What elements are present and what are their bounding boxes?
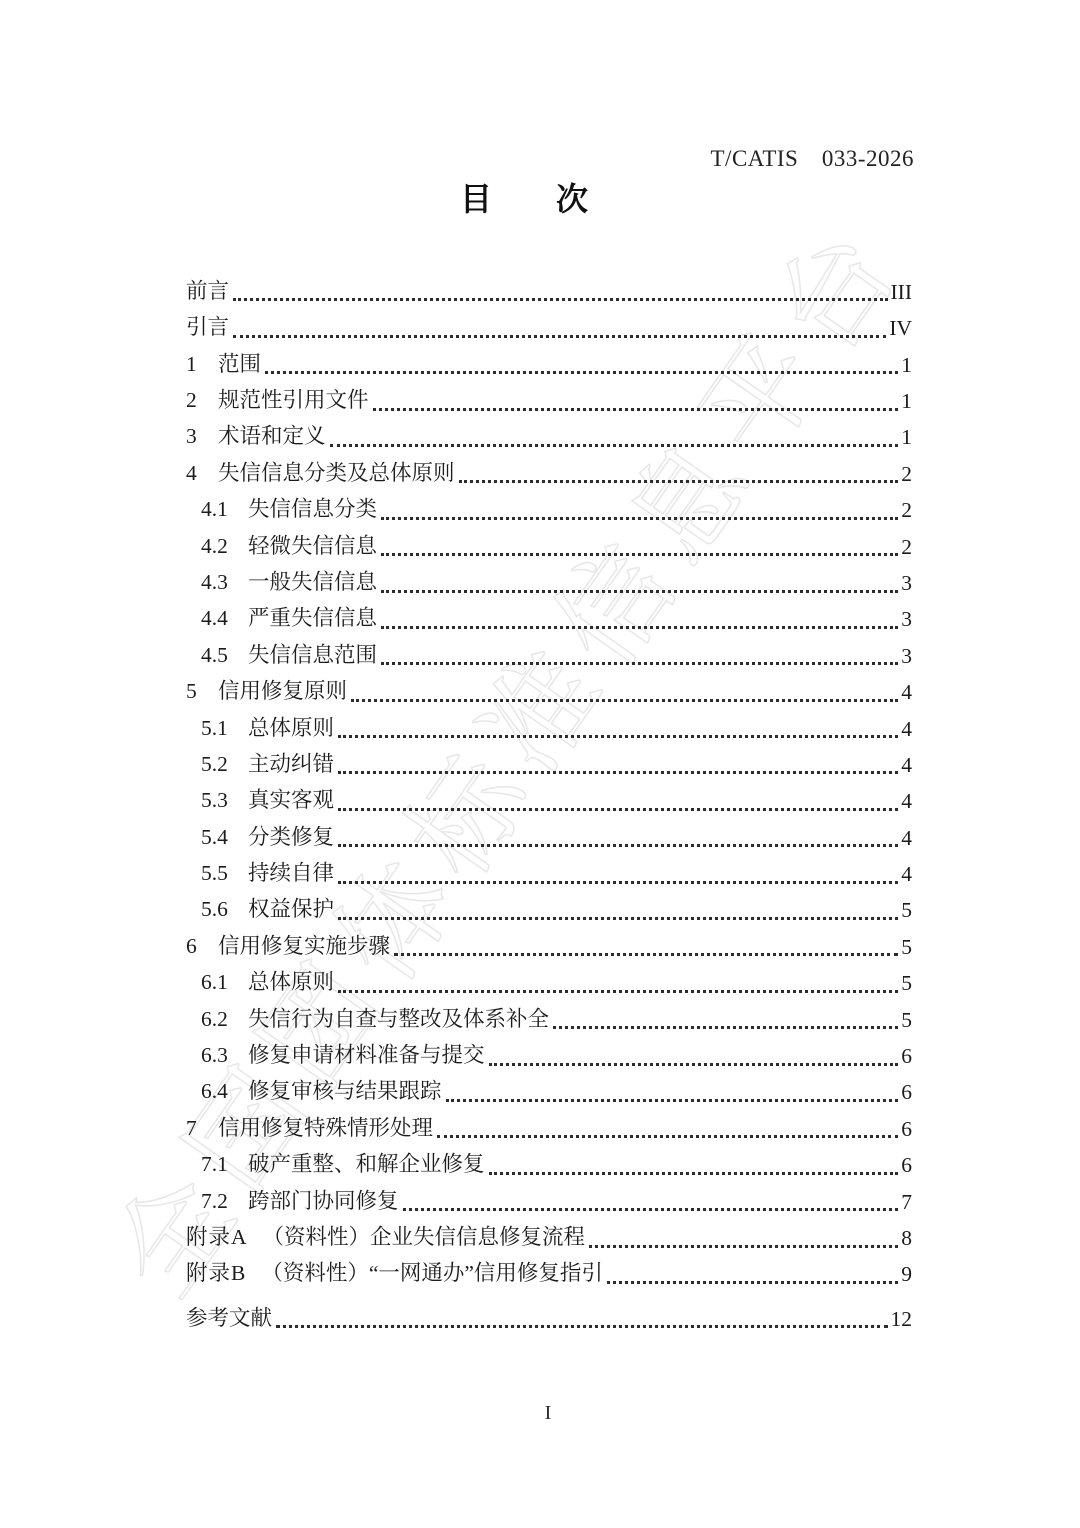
toc-row-number: 6.2 [201, 1008, 248, 1031]
toc-row: 前言III [186, 271, 912, 307]
toc-row: 2规范性引用文件1 [186, 380, 912, 416]
toc-row: 7.1破产重整、和解企业修复6 [186, 1144, 912, 1180]
toc-dot-leader [338, 881, 898, 884]
toc-row-label: 总体原则 [248, 971, 334, 994]
toc-dot-leader [338, 771, 898, 774]
toc-page-number: 9 [900, 1263, 912, 1286]
toc-row-number: 4.1 [201, 498, 248, 521]
toc-dot-leader [330, 444, 899, 447]
toc-row-number: 5.1 [201, 717, 248, 740]
toc-row-label: 参考文献 [186, 1307, 272, 1330]
toc-dot-leader [607, 1281, 898, 1284]
toc-page-number: 4 [900, 718, 912, 741]
toc-page-number: 4 [900, 827, 912, 850]
toc-row: 1范围1 [186, 344, 912, 380]
toc-dot-leader [338, 735, 898, 738]
toc-page-number: 6 [900, 1045, 912, 1068]
toc-row-label: 轻微失信信息 [248, 535, 377, 558]
toc-row: 6信用修复实施步骤5 [186, 926, 912, 962]
toc-row-number: 7.2 [201, 1190, 248, 1213]
toc-row-number: 4 [186, 462, 218, 485]
toc-row-number: 6.1 [201, 971, 248, 994]
toc-dot-leader [459, 480, 899, 483]
toc-page-number: 4 [900, 754, 912, 777]
toc-page-number: 3 [900, 645, 912, 668]
toc-row: 5.3真实客观4 [186, 780, 912, 816]
toc-row-number: 5.5 [201, 862, 248, 885]
toc-row-number: 6.4 [201, 1080, 248, 1103]
toc-row-number: 4.5 [201, 644, 248, 667]
table-of-contents: 前言III引言IV1范围12规范性引用文件13术语和定义14失信信息分类及总体原… [186, 271, 912, 1334]
toc-dot-leader [233, 298, 888, 301]
toc-row: 引言IV [186, 307, 912, 343]
toc-dot-leader [338, 808, 898, 811]
toc-page-number: 5 [900, 899, 912, 922]
toc-page-number: 6 [900, 1154, 912, 1177]
toc-row-number: 1 [186, 353, 218, 376]
toc-row-number: 6 [186, 935, 218, 958]
toc-row: 4.4严重失信信息3 [186, 599, 912, 635]
toc-row: 5.2主动纠错4 [186, 744, 912, 780]
toc-dot-leader [265, 371, 898, 374]
toc-dot-leader [381, 590, 898, 593]
toc-dot-leader [403, 1208, 899, 1211]
toc-row-label: 主动纠错 [248, 753, 334, 776]
toc-row: 5.6权益保护5 [186, 890, 912, 926]
toc-row: 6.2失信行为自查与整改及体系补全5 [186, 999, 912, 1035]
toc-row-label: 失信行为自查与整改及体系补全 [248, 1008, 549, 1031]
toc-row: 5.4分类修复4 [186, 817, 912, 853]
toc-row-number: 5.6 [201, 898, 248, 921]
toc-row-number: 附录B [186, 1262, 246, 1285]
toc-dot-leader [489, 1172, 899, 1175]
toc-page-number: 6 [900, 1081, 912, 1104]
toc-dot-leader [553, 1026, 898, 1029]
toc-row: 4.3一般失信信息3 [186, 562, 912, 598]
toc-row: 5.1总体原则4 [186, 708, 912, 744]
toc-page-number: IV [888, 317, 912, 340]
toc-page-number: 5 [900, 1009, 912, 1032]
toc-row-number: 5.4 [201, 826, 248, 849]
toc-row-label: 权益保护 [248, 898, 334, 921]
standard-number: T/CATIS 033-2026 [711, 140, 915, 173]
toc-dot-leader [394, 953, 898, 956]
toc-dot-leader [276, 1325, 887, 1328]
toc-dot-leader [338, 990, 898, 993]
toc-row-label: 信用修复原则 [218, 680, 347, 703]
toc-row: 4.2轻微失信信息2 [186, 526, 912, 562]
toc-dot-leader [351, 699, 898, 702]
toc-row: 7.2跨部门协同修复7 [186, 1181, 912, 1217]
toc-row: 附录A（资料性）企业失信信息修复流程8 [186, 1217, 912, 1253]
toc-row-number: 3 [186, 425, 218, 448]
toc-row: 附录B（资料性）“一网通办”信用修复指引9 [186, 1254, 912, 1290]
toc-dot-leader [446, 1099, 899, 1102]
toc-dot-leader [381, 553, 898, 556]
toc-page-number: 2 [900, 463, 912, 486]
footer-page-number: I [8, 1402, 1080, 1425]
toc-page-number: 2 [900, 536, 912, 559]
toc-page-number: 2 [900, 499, 912, 522]
toc-row-number: 7.1 [201, 1153, 248, 1176]
toc-row-label: 分类修复 [248, 826, 334, 849]
toc-row: 5.5持续自律4 [186, 853, 912, 889]
toc-row-label: 前言 [186, 280, 229, 303]
toc-dot-leader [338, 917, 898, 920]
toc-row-label: 引言 [186, 316, 229, 339]
toc-dot-leader [233, 335, 886, 338]
toc-page-number: 3 [900, 572, 912, 595]
toc-row: 参考文献12 [186, 1298, 912, 1334]
toc-page-number: 8 [900, 1227, 912, 1250]
toc-row-number: 4.4 [201, 607, 248, 630]
document-page: 全国团体标准信息平台 T/CATIS 033-2026 目 次 前言III引言I… [0, 0, 1080, 1528]
toc-row-number: 4.3 [201, 571, 248, 594]
toc-row-number: 6.3 [201, 1044, 248, 1067]
toc-page-number: 5 [900, 936, 912, 959]
toc-row-label: 范围 [218, 353, 261, 376]
toc-dot-leader [381, 626, 898, 629]
toc-row-number: 2 [186, 389, 218, 412]
toc-row-label: 总体原则 [248, 717, 334, 740]
toc-row-label: 信用修复特殊情形处理 [218, 1117, 433, 1140]
toc-row: 4.5失信信息范围3 [186, 635, 912, 671]
toc-row-number: 附录A [186, 1226, 248, 1249]
toc-row-label: 一般失信信息 [248, 571, 377, 594]
toc-row-number: 5.2 [201, 753, 248, 776]
toc-row: 5信用修复原则4 [186, 671, 912, 707]
toc-page-number: 12 [890, 1308, 913, 1331]
toc-dot-leader [381, 517, 898, 520]
toc-row-label: 破产重整、和解企业修复 [248, 1153, 485, 1176]
toc-row-label: 信用修复实施步骤 [218, 935, 390, 958]
toc-row-number: 5.3 [201, 789, 248, 812]
toc-row-label: （资料性）“一网通办”信用修复指引 [261, 1262, 603, 1285]
toc-row-label: 真实客观 [248, 789, 334, 812]
toc-row-number: 7 [186, 1117, 218, 1140]
toc-row: 3术语和定义1 [186, 417, 912, 453]
toc-row-label: 规范性引用文件 [218, 389, 369, 412]
toc-row: 7信用修复特殊情形处理6 [186, 1108, 912, 1144]
toc-page-number: 4 [900, 863, 912, 886]
toc-row-label: 修复申请材料准备与提交 [248, 1044, 485, 1067]
toc-page-number: 4 [900, 790, 912, 813]
toc-dot-leader [437, 1135, 898, 1138]
toc-row-label: 修复审核与结果跟踪 [248, 1080, 442, 1103]
toc-row-label: 跨部门协同修复 [248, 1190, 399, 1213]
toc-row-label: 严重失信信息 [248, 607, 377, 630]
toc-row-label: 失信信息分类 [248, 498, 377, 521]
toc-row: 4.1失信信息分类2 [186, 489, 912, 525]
toc-row: 6.3修复申请材料准备与提交6 [186, 1035, 912, 1071]
toc-dot-leader [373, 408, 899, 411]
toc-page-number: 1 [900, 354, 912, 377]
toc-page-number: 7 [900, 1191, 912, 1214]
toc-row-label: 失信信息范围 [248, 644, 377, 667]
toc-page-number: 6 [900, 1118, 912, 1141]
toc-page-number: 5 [900, 972, 912, 995]
toc-row-number: 4.2 [201, 535, 248, 558]
toc-dot-leader [589, 1245, 898, 1248]
toc-row-number: 5 [186, 680, 218, 703]
toc-dot-leader [381, 662, 898, 665]
toc-page-number: 3 [900, 608, 912, 631]
toc-row: 6.4修复审核与结果跟踪6 [186, 1072, 912, 1108]
toc-page-number: 1 [900, 426, 912, 449]
toc-page-number: 4 [900, 681, 912, 704]
toc-row-label: （资料性）企业失信信息修复流程 [263, 1226, 586, 1249]
toc-dot-leader [338, 844, 898, 847]
toc-row: 6.1总体原则5 [186, 962, 912, 998]
toc-row-label: 失信信息分类及总体原则 [218, 462, 455, 485]
toc-row-label: 术语和定义 [218, 425, 326, 448]
toc-row-label: 持续自律 [248, 862, 334, 885]
toc-page-number: III [890, 281, 912, 304]
page-title: 目 次 [0, 174, 1064, 220]
toc-row: 4失信信息分类及总体原则2 [186, 453, 912, 489]
toc-page-number: 1 [900, 390, 912, 413]
toc-dot-leader [489, 1063, 899, 1066]
